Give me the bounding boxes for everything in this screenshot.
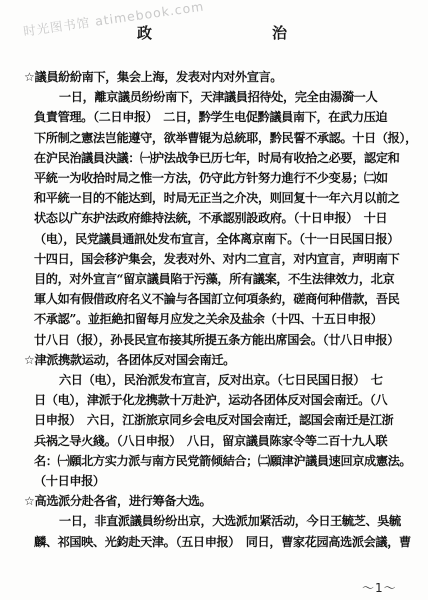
paragraph-line: 一日，非直派議員纷纷出京，大选派加紧活动，今日王毓芝、吳毓 bbox=[24, 511, 414, 531]
paragraph-line: 状态以广东护法政府維持法統，不承認别設政府。（十日申报） 十日 bbox=[24, 208, 414, 228]
paragraph-line: 不承認”。並拒絶扣留每月应发之关余及盐余（十四、十五日申报） bbox=[24, 309, 414, 329]
paragraph-line: 十四日，国会移沪集会，发表对外、对内二宣言，对内宣言，声明南下 bbox=[24, 249, 414, 269]
paragraph-line: 日（电），津派于化龙携款十万赴沪，运动各团体反对国会南迁。（八 bbox=[24, 390, 414, 410]
paragraph-line: 麟、祁国映、光鈞赴天津。（五日申报） 同日，曹家花园高选派会議，曹 bbox=[24, 532, 414, 552]
paragraph-line: 在沪民治議員決議：㈠护法战争已历七年，时局有收拾之必要，認定和 bbox=[24, 148, 414, 168]
heading-char: 治 bbox=[272, 22, 287, 43]
heading-char: 政 bbox=[137, 22, 152, 43]
page-heading: 政 治 bbox=[0, 22, 428, 42]
paragraph-line: （十日申报） bbox=[24, 471, 414, 491]
document-page: 时光图书馆 atimebook.com 政 治 ☆議員紛紛南下，集会上海，发表对… bbox=[0, 0, 428, 600]
paragraph-line: 軍人如有假借政府名义不論与各国訂立何項条約，磋商何种借款，吾民 bbox=[24, 289, 414, 309]
star-icon: ☆ bbox=[24, 494, 35, 508]
paragraph-line: 日申报） 六日，江浙旅京同乡会电反对国会南迁，認国会南迁是江浙 bbox=[24, 410, 414, 430]
paragraph-line: 六日（电），民治派发布宣言，反对出京。（七日民国日报） 七 bbox=[24, 370, 414, 390]
paragraph-line: 和平統一目的不能达到，时局无正当之介决，则回复十一年六月以前之 bbox=[24, 188, 414, 208]
section-title: ☆津派携款运动，各团体反对国会南迁。 bbox=[24, 350, 414, 370]
paragraph-line: 名：㈠願北方实力派与南方民党箭倾結合；㈡願津沪議員速回京成憲法。 bbox=[24, 451, 414, 471]
paragraph-line: 兵祸之导火綫。（八日申报） 八日，留京議員陈家令等二百十九人联 bbox=[24, 431, 414, 451]
page-number: ～1～ bbox=[362, 579, 397, 596]
section-title: ☆高选派分赴各省，进行筹备大选。 bbox=[24, 491, 414, 511]
paragraph-line: 平統一为收拾时局之惟一方法，仍守此方针努力進行不少变易；㈡如 bbox=[24, 168, 414, 188]
document-body: ☆議員紛紛南下，集会上海，发表对内对外宣言。 一日，離京議员纷纷南下，天津議員招… bbox=[24, 67, 414, 552]
star-icon: ☆ bbox=[24, 353, 35, 367]
paragraph-line: 一日，離京議员纷纷南下，天津議員招待处，完全由湯漪一人 bbox=[24, 87, 414, 107]
paragraph-line: 負責管理。（二日申报） 二日，黔学生电促黔議員南下，在武力压迫 bbox=[24, 107, 414, 127]
section-title: ☆議員紛紛南下，集会上海，发表对内对外宣言。 bbox=[24, 67, 414, 87]
paragraph-line: 下所制之憲法岂能遵守，欲举曹锟为总統耶，黔民誓不承認。十日（报）， bbox=[24, 128, 414, 148]
paragraph-line: 目的，对外宣言“留京議員陷于污藻，所有議案，不生法律效力，北京 bbox=[24, 269, 414, 289]
paragraph-line: 廿八日（报），孙長民宣布接其所提五条方能出席国会。（廿八日申报） bbox=[24, 330, 414, 350]
paragraph-line: （电），民党議員通訊处发布宣言，全体离京南下。（十一日民国日报） bbox=[24, 229, 414, 249]
star-icon: ☆ bbox=[24, 70, 35, 84]
